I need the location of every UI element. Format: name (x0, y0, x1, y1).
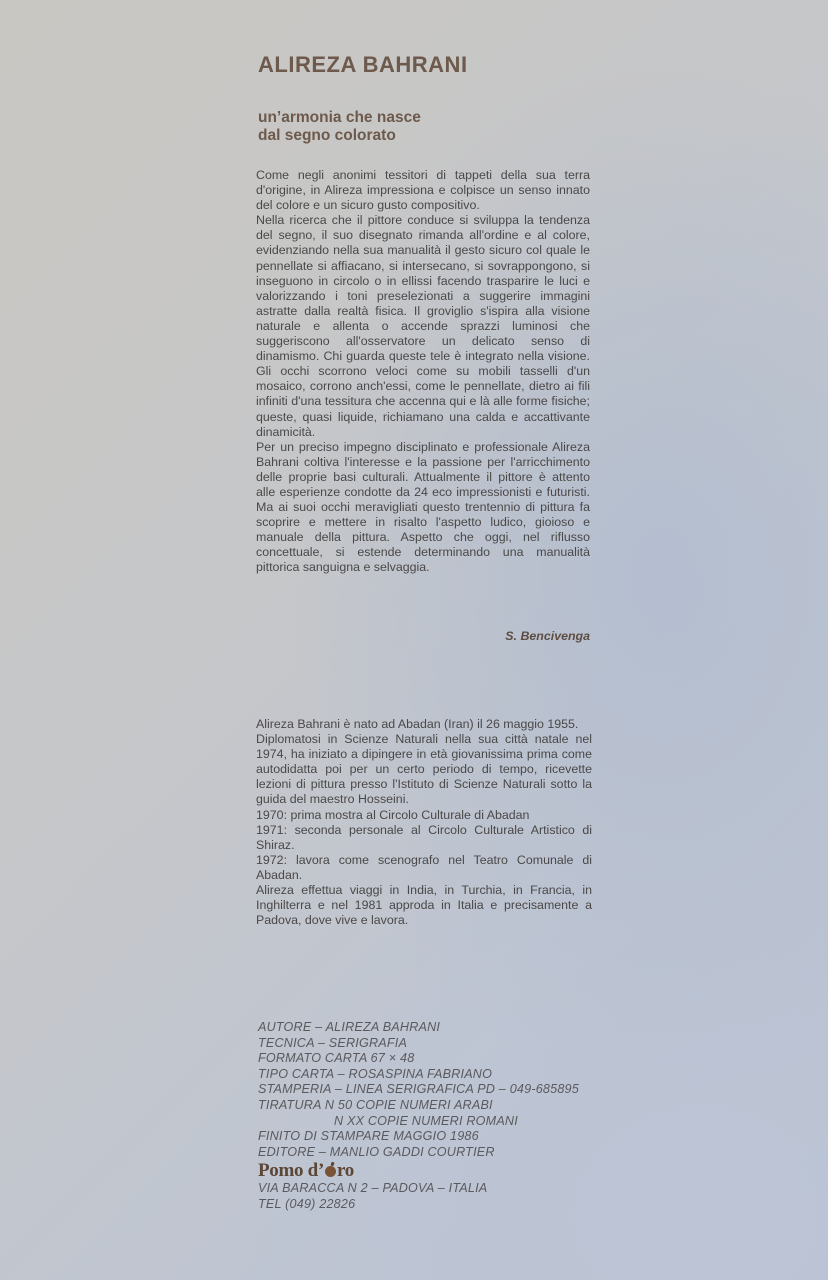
critical-essay: Come negli anonimi tessitori di tappeti … (256, 168, 590, 576)
bio-entry-1970: 1970: prima mostra al Circolo Culturale … (256, 808, 592, 823)
essay-paragraph-1: Come negli anonimi tessitori di tappeti … (256, 168, 590, 213)
essay-paragraph-3: Per un preciso impegno disciplinato e pr… (256, 440, 590, 576)
colophon-edition-arabic: TIRATURA N 50 COPIE NUMERI ARABI (258, 1098, 638, 1114)
biography: Alireza Bahrani è nato ad Abadan (Iran) … (256, 717, 592, 928)
colophon-address: VIA BARACCA N 2 – PADOVA – ITALIA (258, 1181, 638, 1197)
colophon-edition-roman: N XX COPIE NUMERI ROMANI (258, 1114, 638, 1130)
colophon-author: AUTORE – ALIREZA BAHRANI (258, 1020, 638, 1036)
colophon-paper-format: FORMATO CARTA 67 × 48 (258, 1051, 638, 1067)
subtitle-line-1: un’armonia che nasce (258, 109, 421, 127)
bio-entry-1971: 1971: seconda personale al Circolo Cultu… (256, 823, 592, 853)
colophon-paper-type: TIPO CARTA – ROSASPINA FABRIANO (258, 1067, 638, 1083)
bio-paragraph-travels: Alireza effettua viaggi in India, in Tur… (256, 883, 592, 928)
apple-icon (325, 1166, 336, 1177)
logo-text-part2: ro (337, 1160, 354, 1181)
essay-author-signature: S. Bencivenga (256, 629, 590, 643)
logo-text-part1: Pomo d’ (258, 1160, 324, 1181)
bio-paragraph-education: Diplomatosi in Scienze Naturali nella su… (256, 732, 592, 807)
colophon-publisher: EDITORE – MANLIO GADDI COURTIER (258, 1145, 638, 1161)
bio-paragraph-birth: Alireza Bahrani è nato ad Abadan (Iran) … (256, 717, 592, 732)
artist-name-title: ALIREZA BAHRANI (258, 52, 468, 78)
colophon-printer: STAMPERIA – LINEA SERIGRAFICA PD – 049-6… (258, 1082, 638, 1098)
bio-entry-1972: 1972: lavora come scenografo nel Teatro … (256, 853, 592, 883)
subtitle-line-2: dal segno colorato (258, 127, 421, 145)
colophon-telephone: TEL (049) 22826 (258, 1197, 638, 1213)
print-colophon: AUTORE – ALIREZA BAHRANI TECNICA – SERIG… (258, 1020, 638, 1212)
pomodoro-publisher-logo: Pomo d’ro (258, 1160, 354, 1181)
subtitle: un’armonia che nasce dal segno colorato (258, 109, 421, 145)
essay-paragraph-2: Nella ricerca che il pittore conduce si … (256, 213, 590, 439)
colophon-print-date: FINITO DI STAMPARE MAGGIO 1986 (258, 1129, 638, 1145)
colophon-technique: TECNICA – SERIGRAFIA (258, 1036, 638, 1052)
